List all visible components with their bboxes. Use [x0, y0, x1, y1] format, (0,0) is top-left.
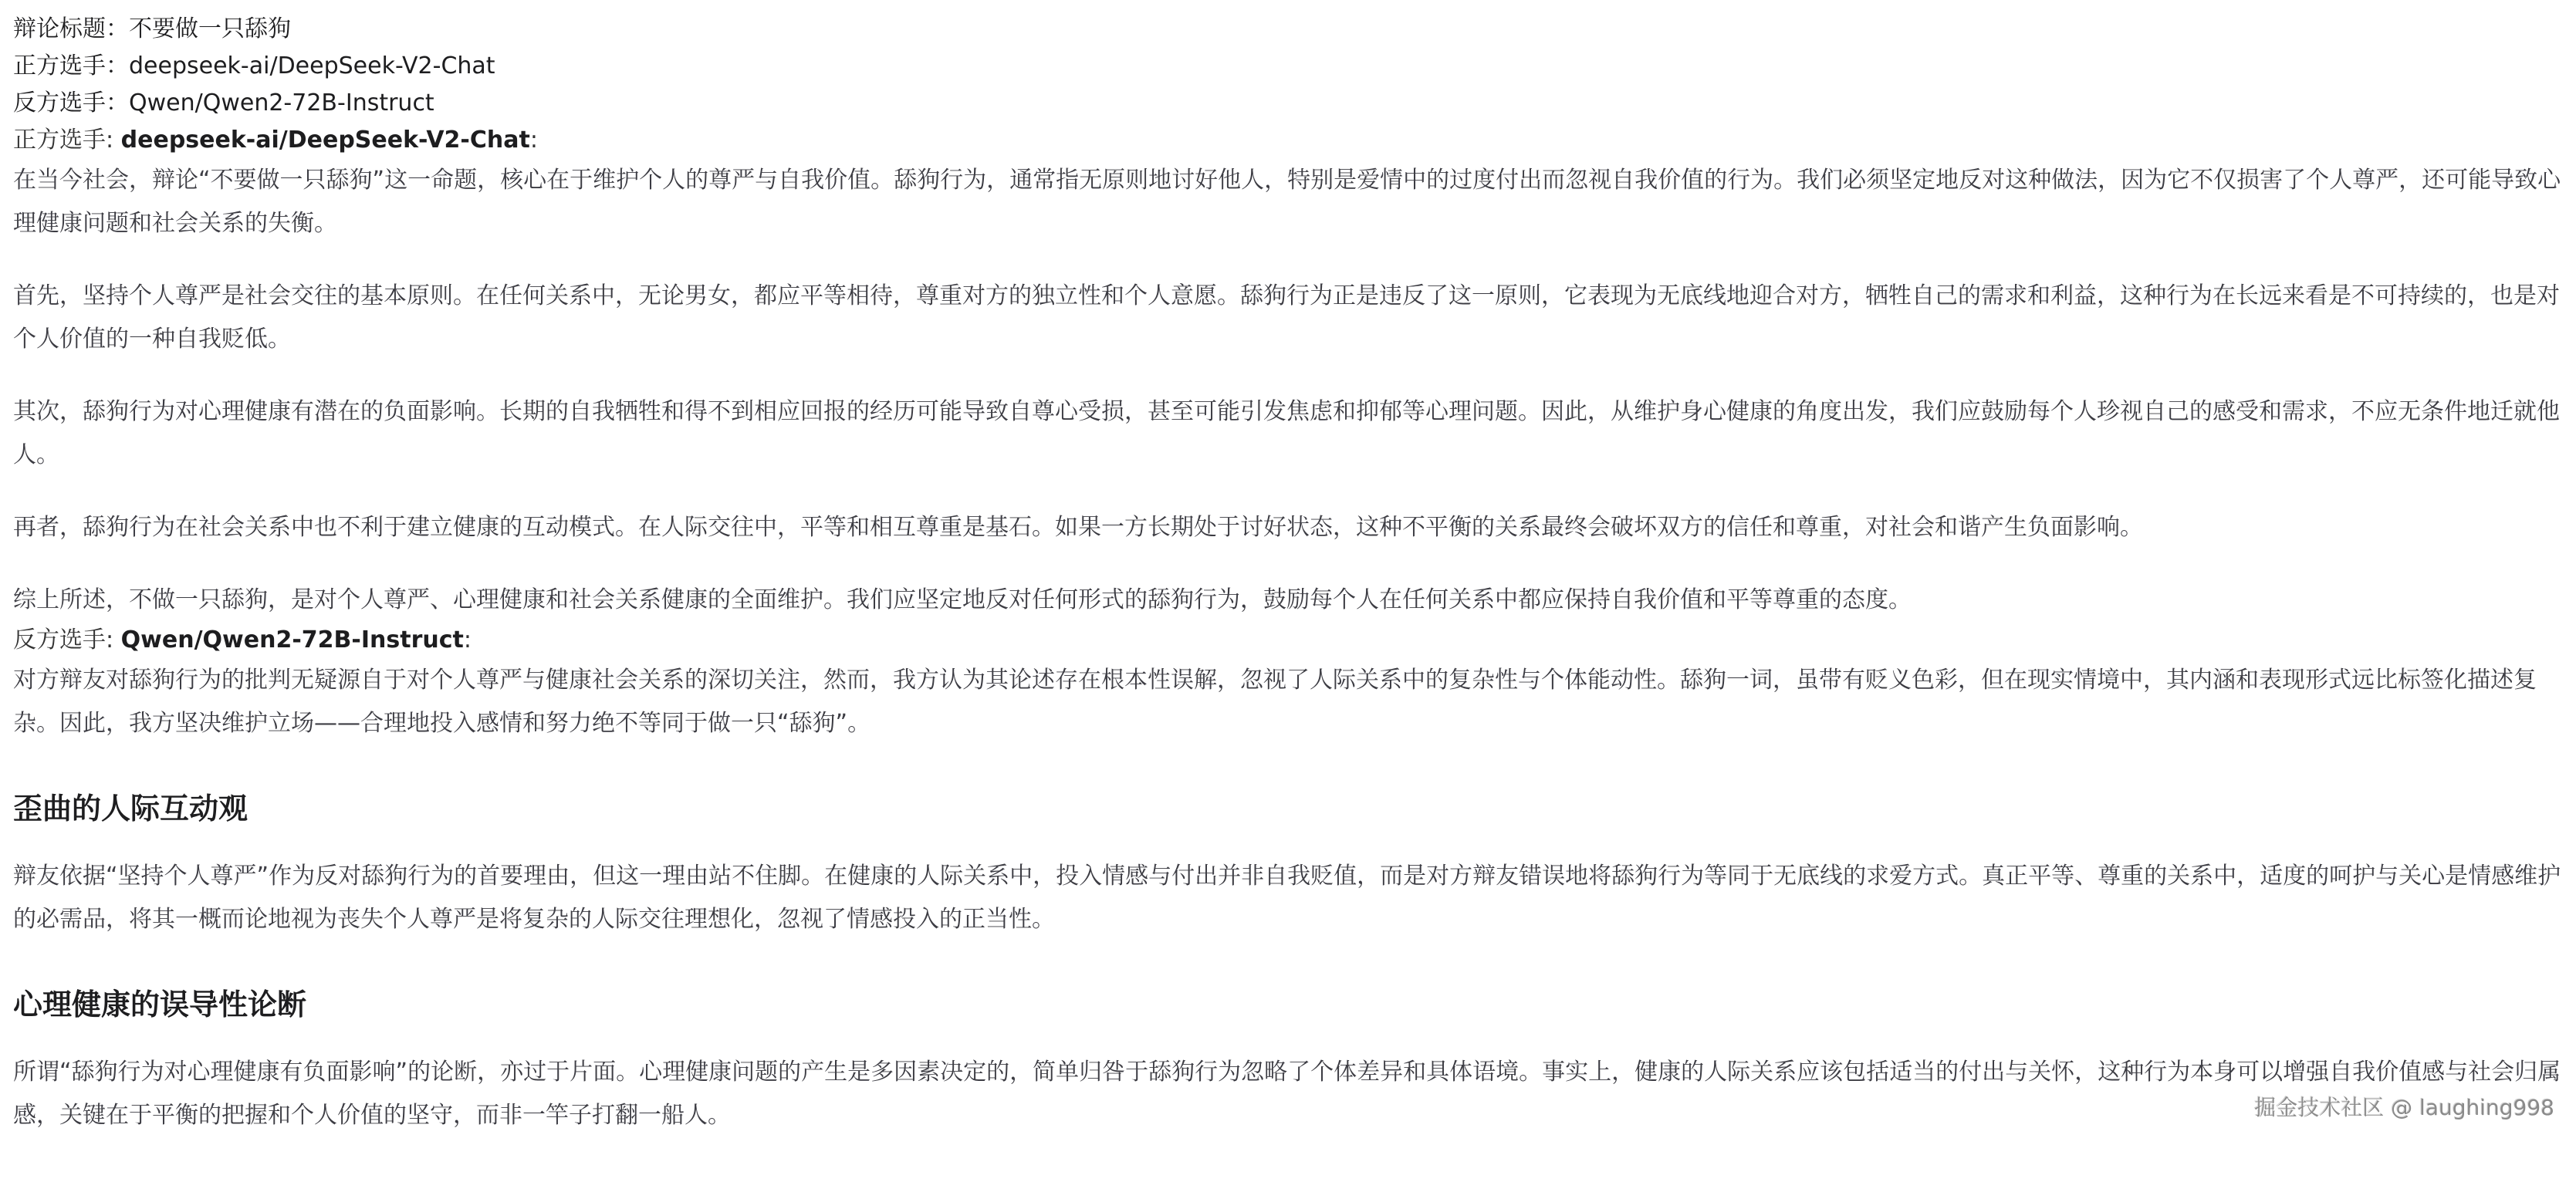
con-intro-paragraph: 对方辩友对舔狗行为的批判无疑源自于对个人尊严与健康社会关系的深切关注，然而，我方… [13, 659, 2563, 745]
section-heading: 心理健康的误导性论断 [13, 984, 2563, 1025]
speaker-name: deepseek-ai/DeepSeek-V2-Chat [121, 127, 530, 154]
section-body: 辩友依据“坚持个人尊严”作为反对舔狗行为的首要理由，但这一理由站不住脚。在健康的… [13, 855, 2563, 941]
debate-title-line: 辩论标题：不要做一只舔狗 [13, 11, 2563, 48]
speaker-suffix: : [530, 127, 538, 154]
pro-label: 正方选手： [13, 52, 129, 79]
speaker-name: Qwen/Qwen2-72B-Instruct [121, 626, 464, 653]
pro-value: deepseek-ai/DeepSeek-V2-Chat [129, 52, 495, 79]
pro-speaker-header: 正方选手: deepseek-ai/DeepSeek-V2-Chat: [13, 122, 2563, 159]
speaker-suffix: : [464, 626, 472, 653]
debate-document: 辩论标题：不要做一只舔狗 正方选手：deepseek-ai/DeepSeek-V… [0, 0, 2576, 1137]
con-value: Qwen/Qwen2-72B-Instruct [129, 89, 434, 117]
pro-player-line: 正方选手：deepseek-ai/DeepSeek-V2-Chat [13, 48, 2563, 85]
con-player-line: 反方选手：Qwen/Qwen2-72B-Instruct [13, 85, 2563, 122]
pro-paragraph: 其次，舔狗行为对心理健康有潜在的负面影响。长期的自我牺牲和得不到相应回报的经历可… [13, 390, 2563, 477]
title-label: 辩论标题： [13, 15, 129, 42]
watermark: 掘金技术社区 @ laughing998 [2254, 1091, 2554, 1122]
pro-paragraph: 综上所述，不做一只舔狗，是对个人尊严、心理健康和社会关系健康的全面维护。我们应坚… [13, 579, 2563, 622]
con-speaker-header: 反方选手: Qwen/Qwen2-72B-Instruct: [13, 622, 2563, 659]
speaker-label: 正方选手: [13, 127, 121, 154]
section-heading: 歪曲的人际互动观 [13, 789, 2563, 829]
pro-paragraph: 首先，坚持个人尊严是社会交往的基本原则。在任何关系中，无论男女，都应平等相待，尊… [13, 275, 2563, 361]
pro-paragraph: 在当今社会，辩论“不要做一只舔狗”这一命题，核心在于维护个人的尊严与自我价值。舔… [13, 159, 2563, 245]
section-body: 所谓“舔狗行为对心理健康有负面影响”的论断，亦过于片面。心理健康问题的产生是多因… [13, 1051, 2563, 1137]
title-value: 不要做一只舔狗 [129, 15, 291, 42]
speaker-label: 反方选手: [13, 626, 121, 653]
con-label: 反方选手： [13, 89, 129, 117]
pro-paragraph: 再者，舔狗行为在社会关系中也不利于建立健康的互动模式。在人际交往中，平等和相互尊… [13, 506, 2563, 549]
